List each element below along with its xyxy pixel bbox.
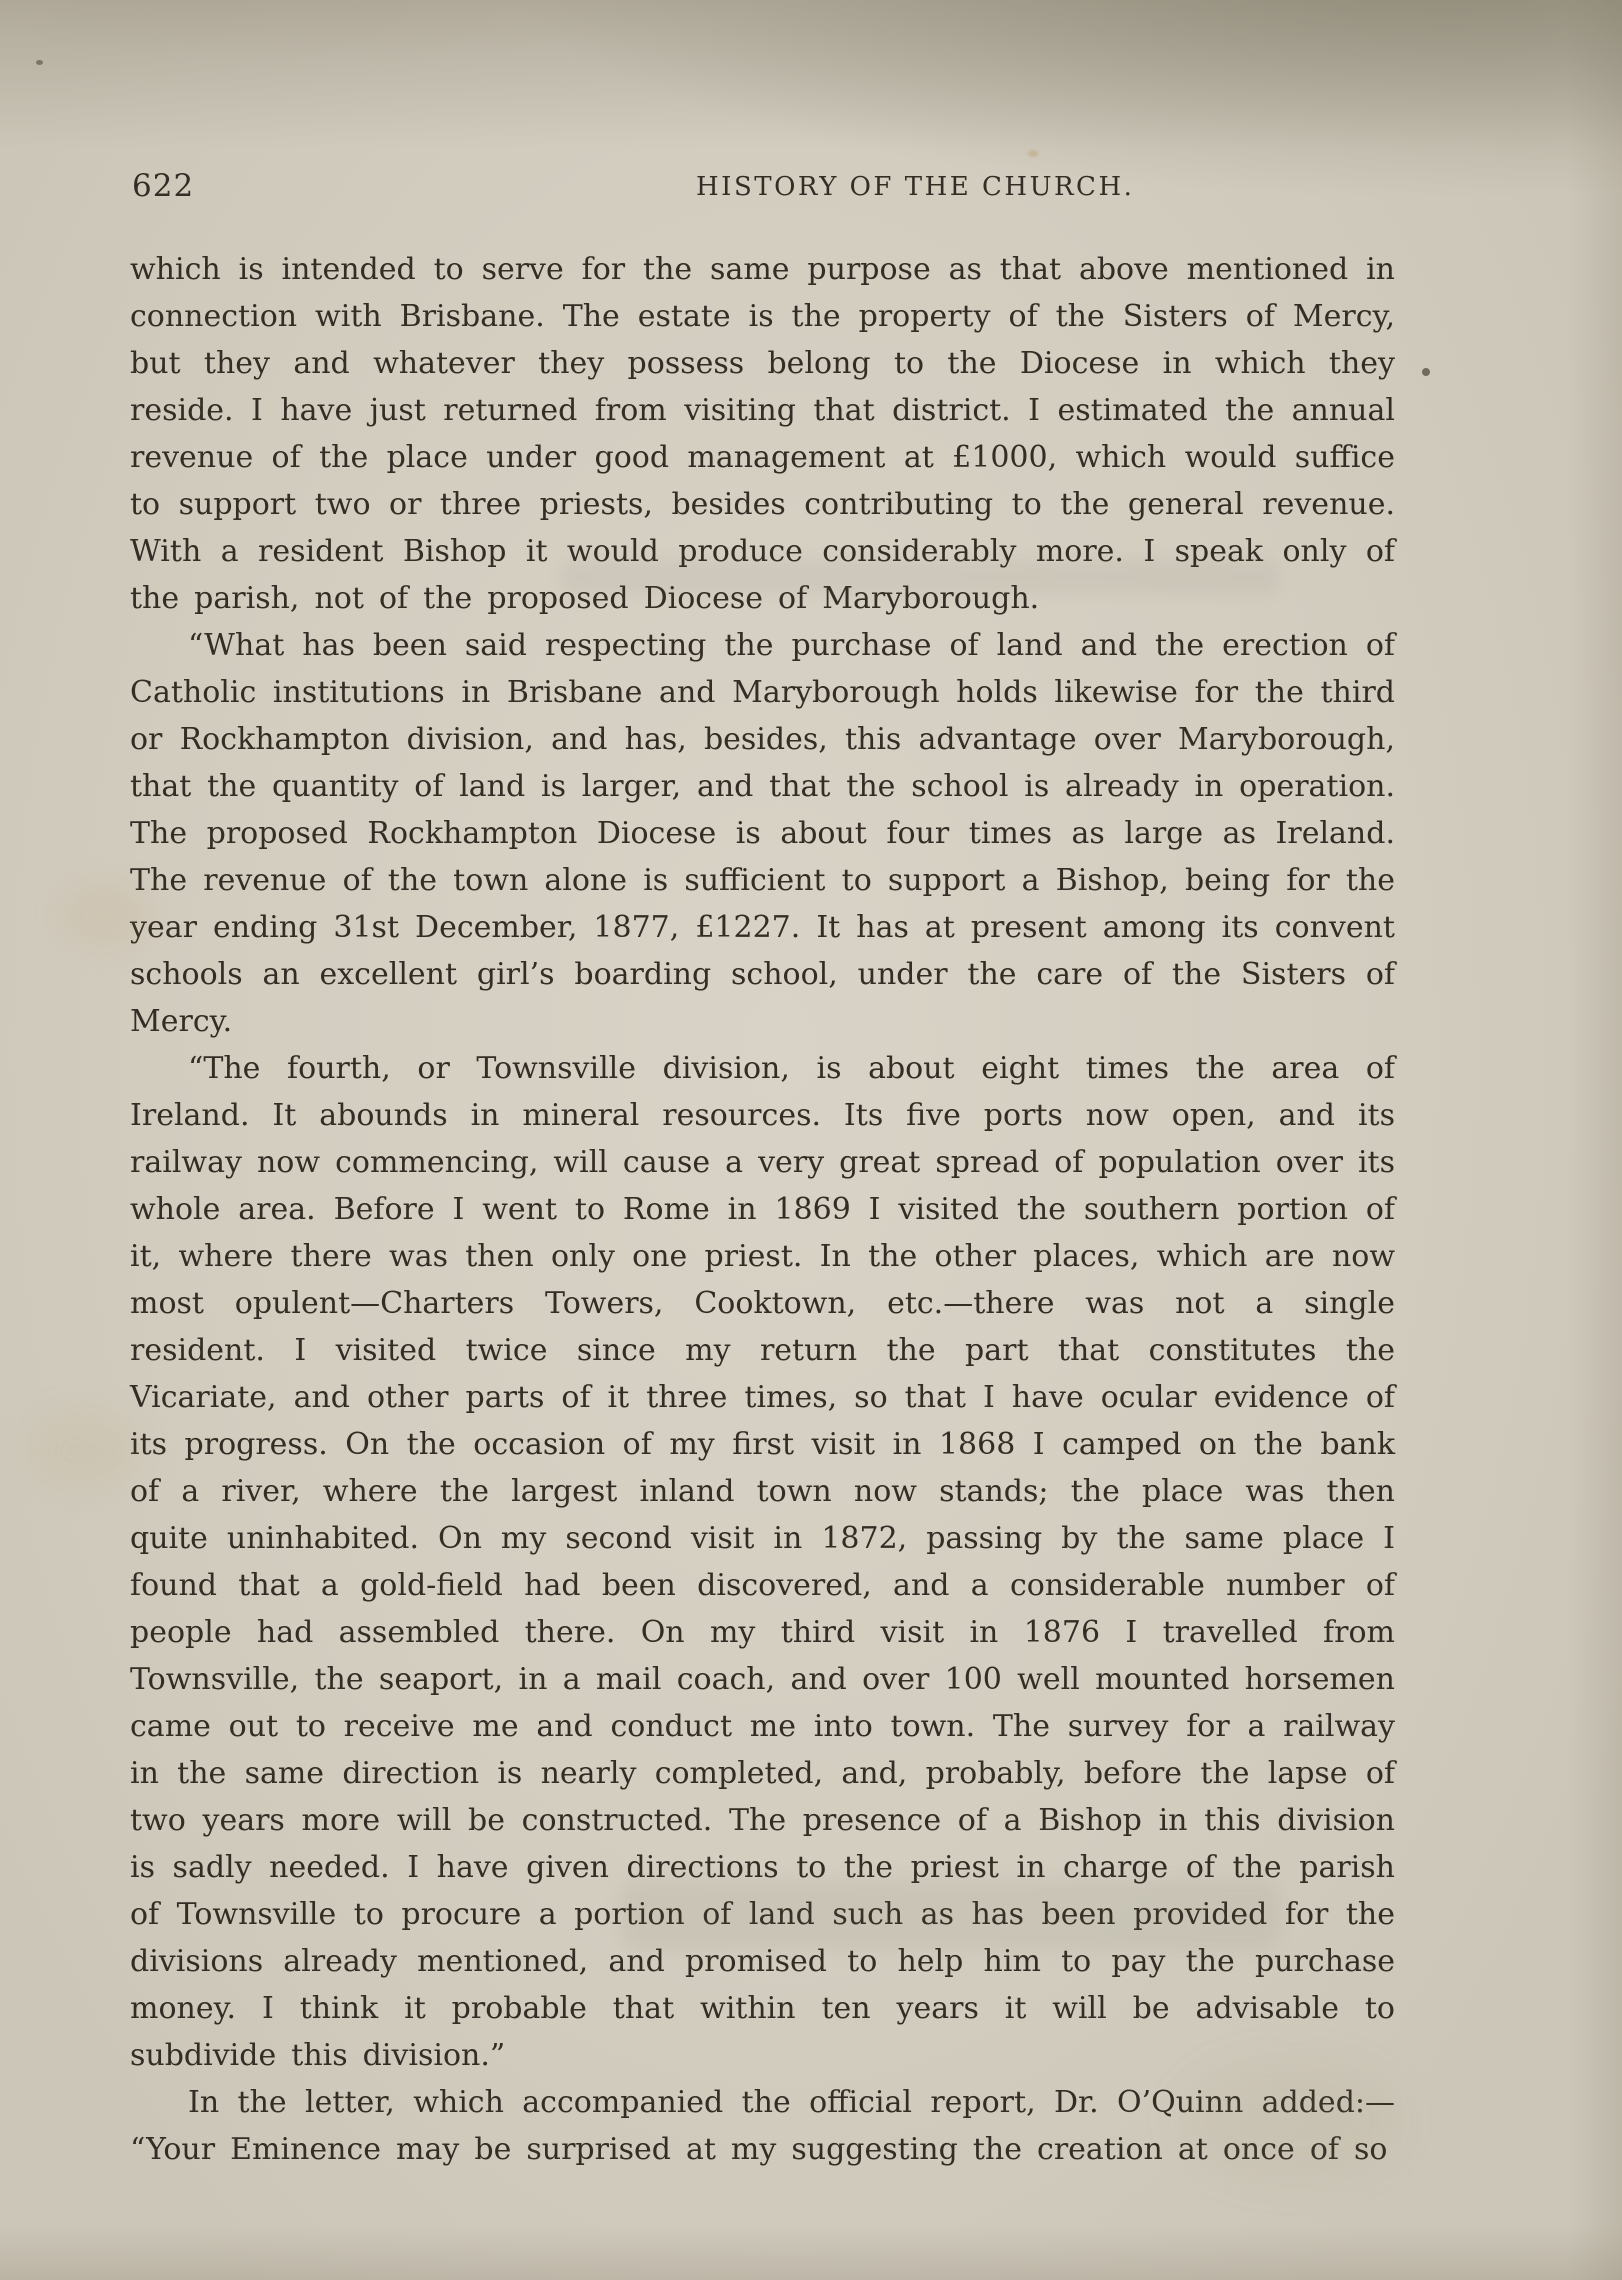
page-body: which is intended to serve for the same … [130,246,1395,2173]
paragraph-3: “The fourth, or Townsville division, is … [130,1045,1395,2079]
book-page-scan: 622 HISTORY OF THE CHURCH. which is inte… [0,0,1622,2280]
paragraph-1: which is intended to serve for the same … [130,246,1395,622]
running-header: 622 HISTORY OF THE CHURCH. [130,168,1395,212]
paragraph-4: In the letter, which accompanied the off… [130,2079,1395,2173]
paper-stain [30,1410,140,1490]
paper-speck [1028,150,1038,157]
ink-speck [1422,368,1430,376]
paragraph-2: “What has been said respecting the purch… [130,622,1395,1045]
ink-speck [36,60,43,65]
running-header-title: HISTORY OF THE CHURCH. [696,172,1134,202]
page-number: 622 [132,168,194,204]
